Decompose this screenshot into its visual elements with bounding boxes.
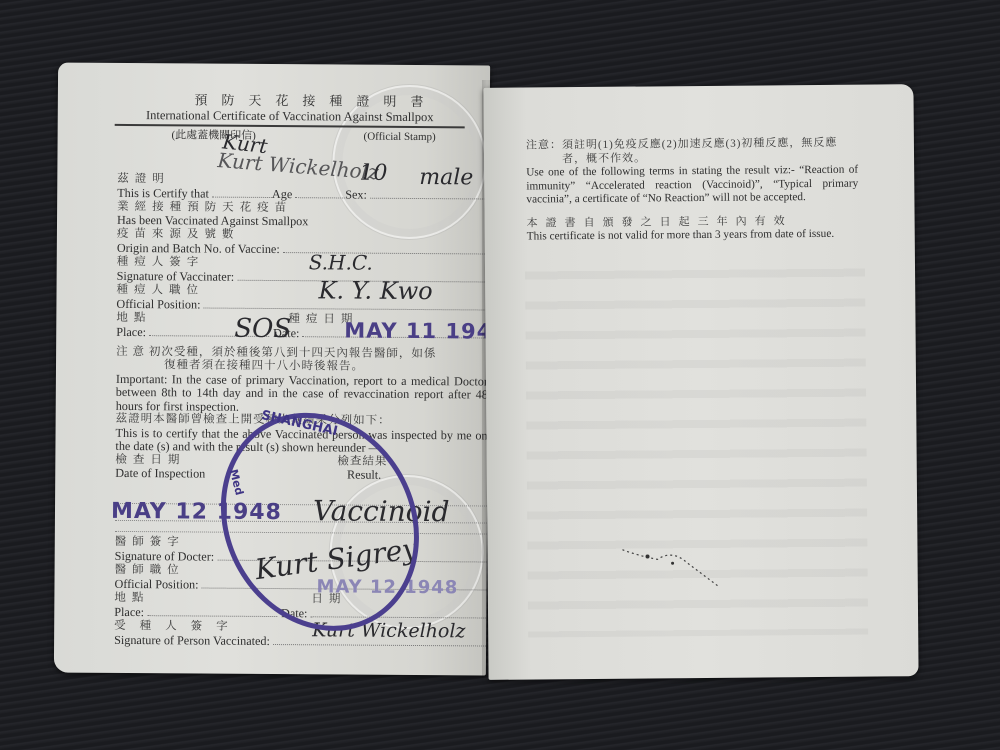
title-english: International Certificate of Vaccination…	[115, 108, 465, 128]
note-en: Use one of the following terms in statin…	[526, 164, 858, 207]
place-label: Place:	[116, 326, 146, 340]
official-stamp-row: (此處蓋機關印信) (Official Stamp)	[118, 129, 490, 145]
doctor-pos-label: Official Position:	[114, 578, 198, 592]
note-zh-1: 注意：須註明(1)免疫反應(2)加速反應(3)初種反應，無反應	[526, 137, 858, 153]
handwritten-place: SOS	[234, 314, 291, 344]
position-label: Official Position:	[116, 298, 200, 312]
validity-en: This certificate is not valid for more t…	[527, 228, 859, 244]
left-page: 預防天花接種證明書 International Certificate of V…	[54, 62, 490, 675]
person-sig-label: Signature of Person Vaccinated:	[114, 634, 270, 649]
handwritten-vaccinator: K. Y. Kwo	[318, 276, 432, 305]
right-page: 注意：須註明(1)免疫反應(2)加速反應(3)初種反應，無反應 者，概不作效。 …	[483, 84, 918, 680]
certify-label: This is Certify that	[117, 187, 209, 201]
place2-label: Place:	[114, 606, 144, 620]
title-chinese: 預防天花接種證明書	[118, 93, 490, 109]
vaccinator-label: Signature of Vaccinater:	[117, 270, 235, 284]
handwritten-age: 10	[359, 161, 387, 186]
position-row: Official Position:	[116, 297, 488, 314]
place-zh: 地點	[116, 311, 151, 325]
place2-zh: 地點	[114, 591, 149, 605]
important-en: Important: In the case of primary Vaccin…	[116, 372, 488, 415]
stamp-note-en: (Official Stamp)	[363, 131, 435, 145]
age-label: Age	[272, 188, 292, 202]
origin-label: Origin and Batch No. of Vaccine:	[117, 242, 280, 257]
handwritten-sex: male	[419, 165, 473, 190]
inspection-date-label: Date of Inspection	[115, 467, 205, 481]
handwritten-origin: S.H.C.	[309, 250, 373, 274]
doctor-sig-label: Signature of Docter:	[115, 550, 215, 564]
ink-scribble-mark	[617, 541, 727, 592]
sex-label: Sex:	[345, 189, 367, 203]
instructions: 注意：須註明(1)免疫反應(2)加速反應(3)初種反應，無反應 者，概不作效。 …	[526, 137, 859, 244]
